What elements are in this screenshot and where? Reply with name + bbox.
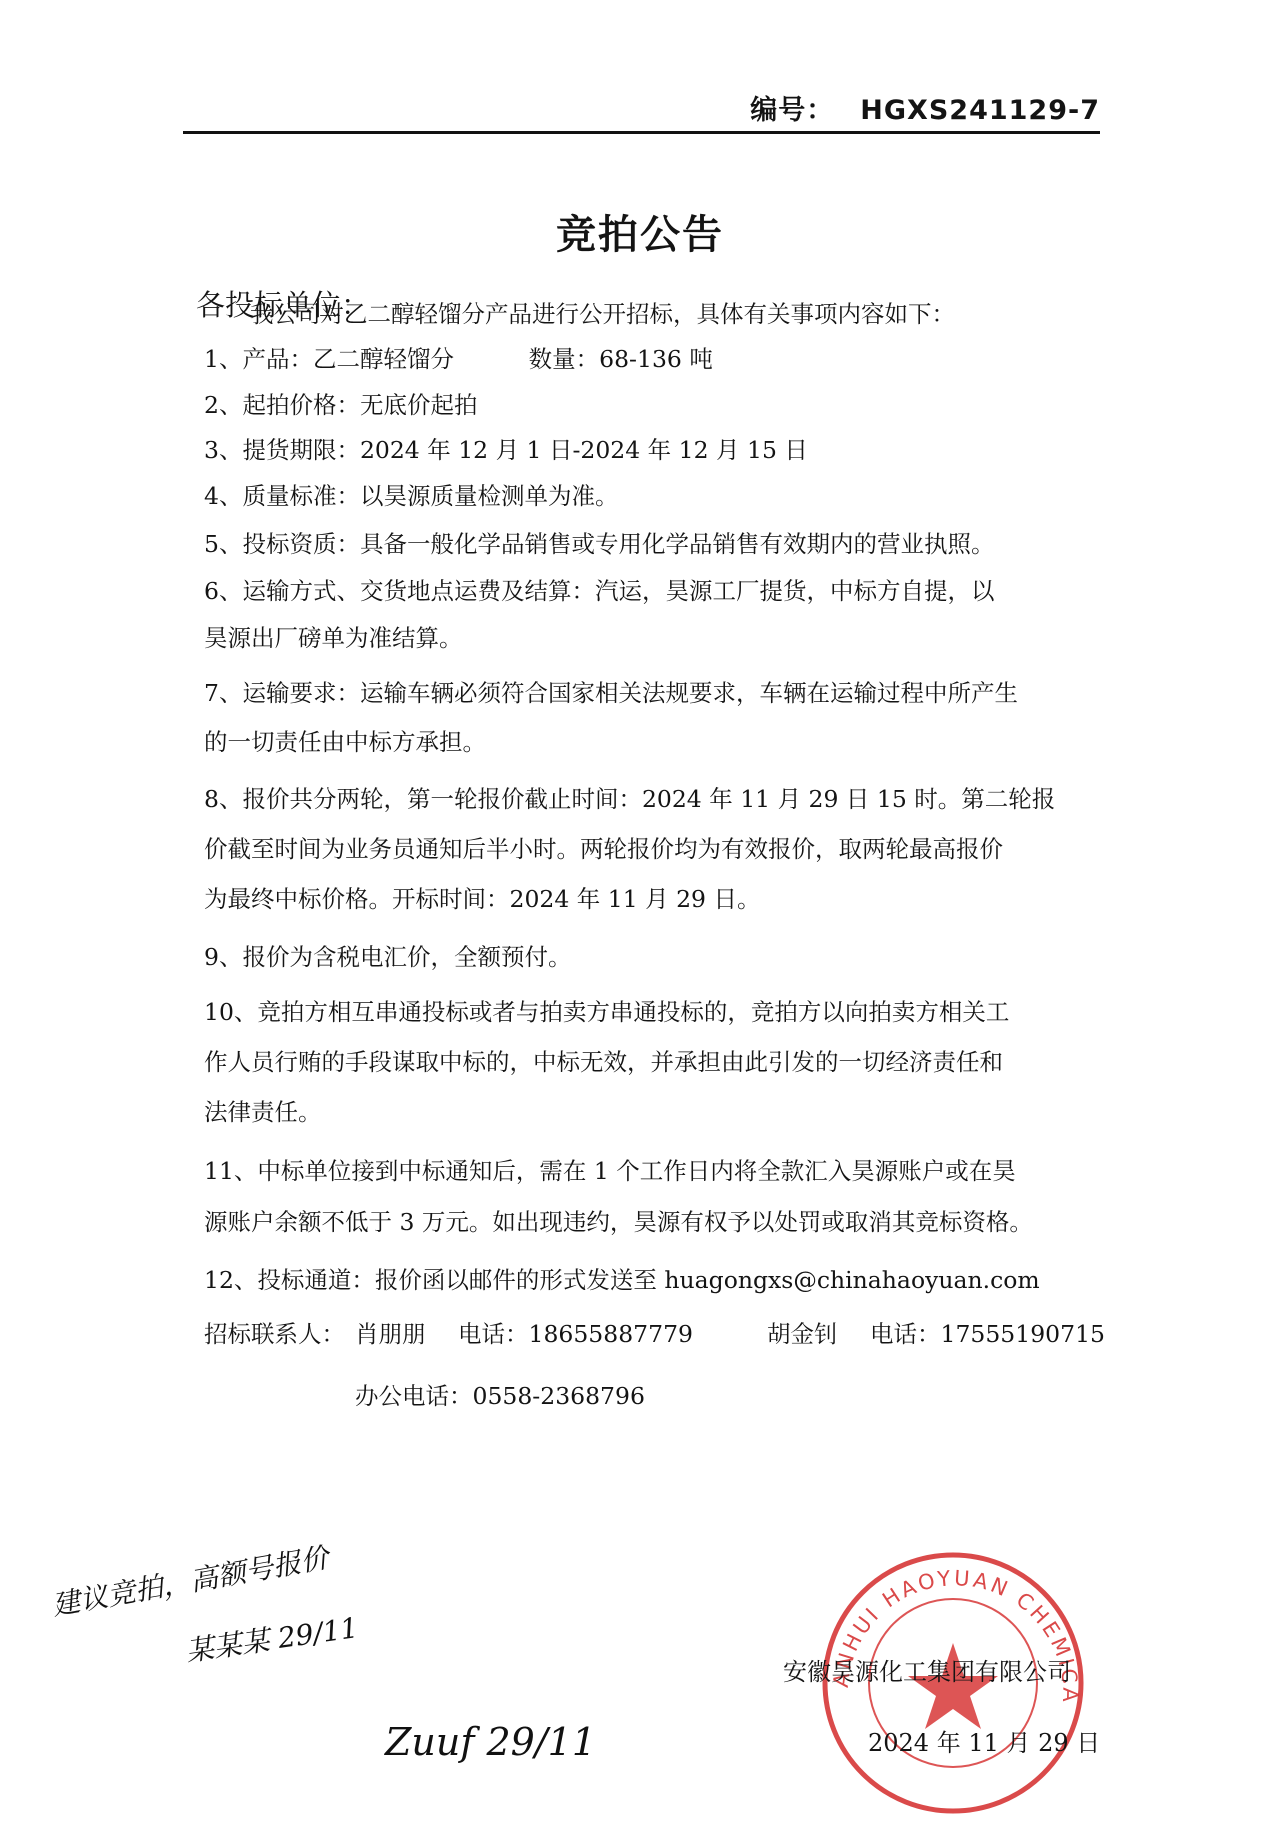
item-10-line3: 法律责任。 [204, 1087, 1104, 1138]
item-12: 12、投标通道：报价函以邮件的形式发送至 huagongxs@chinahaoy… [204, 1255, 1104, 1306]
doc-number-value: HGXS241129-7 [860, 95, 1100, 126]
contact-person2-phone: 电话：17555190715 [870, 1315, 1105, 1349]
handwritten-signature-2: Zuuf 29/11 [385, 1720, 596, 1764]
contact-person1-phone: 电话：18655887779 [458, 1315, 693, 1349]
item-10-line2: 作人员行贿的手段谋取中标的，中标无效，并承担由此引发的一切经济责任和 [204, 1037, 1104, 1088]
item-11-line1: 11、中标单位接到中标通知后，需在 1 个工作日内将全款汇入昊源账户或在昊 [204, 1146, 1104, 1197]
issuing-company: 安徽昊源化工集团有限公司 [783, 1652, 1071, 1687]
item-8-line2: 价截至时间为业务员通知后半小时。两轮报价均为有效报价，取两轮最高报价 [204, 824, 1104, 875]
item-5: 5、投标资质：具备一般化学品销售或专用化学品销售有效期内的营业执照。 [204, 519, 1104, 570]
item-2: 2、起拍价格：无底价起拍 [204, 380, 1104, 431]
contact-person2-name: 胡金钊 [767, 1315, 838, 1349]
item-1: 1、产品：乙二醇轻馏分 数量：68-136 吨 [204, 334, 1104, 385]
item-11-line2: 源账户余额不低于 3 万元。如出现违约，昊源有权予以处罚或取消其竞标资格。 [204, 1197, 1104, 1248]
item-8-line1: 8、报价共分两轮，第一轮报价截止时间：2024 年 11 月 29 日 15 时… [204, 774, 1104, 825]
doc-number-label: 编号： [750, 95, 834, 126]
item-3: 3、提货期限：2024 年 12 月 1 日-2024 年 12 月 15 日 [204, 425, 1104, 476]
item-6-line1: 6、运输方式、交货地点运费及结算：汽运，昊源工厂提货，中标方自提，以 [204, 566, 1104, 617]
item-6-line2: 昊源出厂磅单为准结算。 [204, 613, 1104, 664]
contact-label: 招标联系人： [204, 1315, 345, 1349]
page-title: 竞拍公告 [0, 203, 1280, 260]
office-phone: 办公电话：0558-2368796 [355, 1377, 645, 1411]
contact-person1-name: 肖朋朋 [355, 1315, 426, 1349]
item-4: 4、质量标准：以昊源质量检测单为准。 [204, 471, 1104, 522]
handwritten-signature-1: 某某某 29/11 [183, 1606, 360, 1670]
intro-paragraph: 我公司对乙二醇轻馏分产品进行公开招标，具体有关事项内容如下： [250, 289, 1150, 340]
handwritten-note: 建议竞拍，高额号报价 [49, 1536, 332, 1624]
document-number: 编号：HGXS241129-7 [750, 88, 1100, 127]
issue-date: 2024 年 11 月 29 日 [868, 1723, 1100, 1758]
item-7-line2: 的一切责任由中标方承担。 [204, 717, 1104, 768]
item-10-line1: 10、竞拍方相互串通投标或者与拍卖方串通投标的，竞拍方以向拍卖方相关工 [204, 987, 1104, 1038]
item-8-line3: 为最终中标价格。开标时间：2024 年 11 月 29 日。 [204, 874, 1104, 925]
item-7-line1: 7、运输要求：运输车辆必须符合国家相关法规要求，车辆在运输过程中所产生 [204, 668, 1104, 719]
header-divider [183, 131, 1100, 134]
item-9: 9、报价为含税电汇价，全额预付。 [204, 932, 1104, 983]
